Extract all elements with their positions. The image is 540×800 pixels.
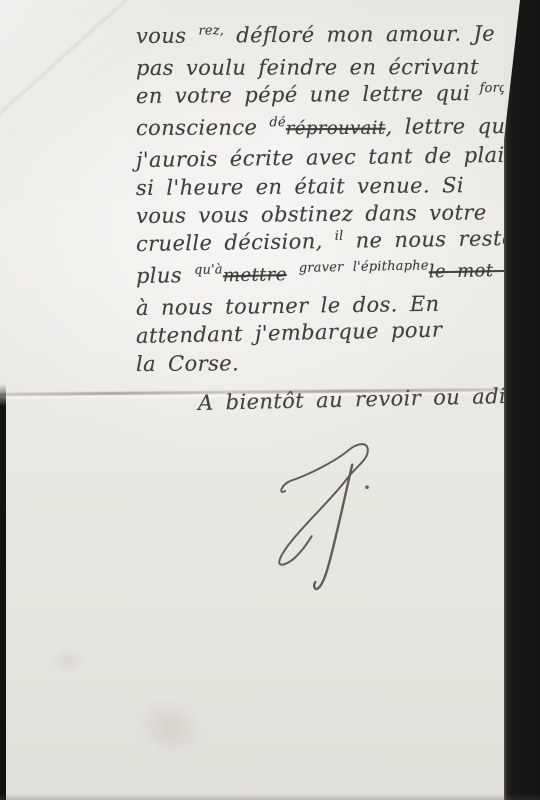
letter-body: vous rez, défloré mon amour. Je n'aipas … xyxy=(136,22,514,378)
inserted-word: graver l'épithaphe xyxy=(299,258,429,275)
manuscript-line: j'aurois écrite avec tant de plaisir xyxy=(136,141,514,174)
word: en votre pépé une lettre qui xyxy=(136,81,471,108)
struck-out-word: mettre xyxy=(223,264,287,286)
manuscript-line: pas voulu feindre en écrivant xyxy=(136,53,514,82)
scanner-background-left xyxy=(0,384,6,800)
paper-bottom-shadow xyxy=(0,794,540,800)
word: conscience xyxy=(136,115,270,140)
word: vous vous obstinez dans votre xyxy=(136,200,487,228)
manuscript-line: si l'heure en était venue. Si xyxy=(136,171,514,202)
paper-smudge xyxy=(50,650,84,672)
manuscript-line: plus qu'àmettre graver l'épithaphele mot… xyxy=(136,255,515,294)
manuscript-line: en votre pépé une lettre qui forçait ma xyxy=(136,79,514,114)
word: cruelle décision, xyxy=(136,229,335,256)
manuscript-line: la Corse. xyxy=(136,347,514,378)
word: , lettre que xyxy=(385,114,518,139)
word: plus xyxy=(136,263,195,288)
struck-out-word: réprouvait xyxy=(286,118,386,140)
inserted-word: dé xyxy=(269,115,286,130)
paper-smudge xyxy=(127,688,213,767)
scanned-letter-page: vous rez, défloré mon amour. Je n'aipas … xyxy=(0,0,540,800)
word: défloré mon amour. Je n'ai xyxy=(224,21,540,47)
manuscript-line: vous rez, défloré mon amour. Je n'ai xyxy=(136,19,514,54)
word: la Corse. xyxy=(136,351,239,376)
scanner-background-right xyxy=(504,0,540,800)
inserted-word: qu'à xyxy=(194,262,223,278)
word: si l'heure en était venue. Si xyxy=(136,173,464,200)
signature-flourish xyxy=(247,434,385,599)
word: ne nous reste xyxy=(343,226,515,253)
farewell-line: A bientôt au revoir ou adieu. xyxy=(198,383,540,415)
word: attendant j'embarque pour xyxy=(136,318,443,348)
word: vous xyxy=(136,24,199,48)
inserted-word: rez, xyxy=(198,23,224,38)
word: pas voulu feindre en écrivant xyxy=(136,55,479,80)
inserted-word: il xyxy=(335,229,344,244)
word xyxy=(287,261,300,285)
word: j'aurois écrite avec tant de plaisir xyxy=(136,142,534,172)
paper-edge-wedge xyxy=(504,0,520,140)
